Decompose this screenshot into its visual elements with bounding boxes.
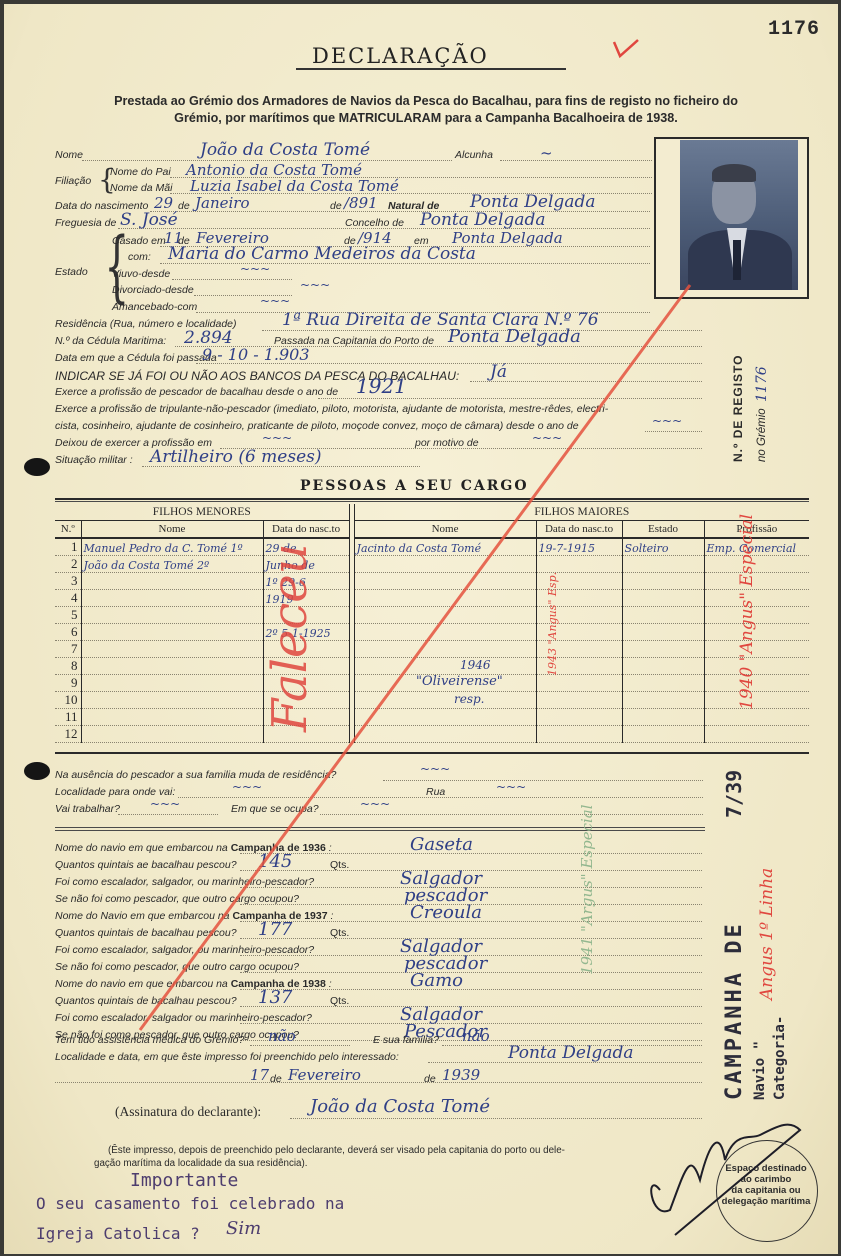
campanha-navio-value: Creoula <box>410 902 482 923</box>
nascimento-ano: /891 <box>344 194 378 212</box>
campanha-quintais-value: 137 <box>258 987 292 1008</box>
campanha-quintais-label: Quantos quintais de bacalhau pescou? <box>55 995 237 1007</box>
instruction-note: (Êste impresso, depois de preenchido pel… <box>98 1144 658 1170</box>
alcunha-value: ~ <box>540 144 553 162</box>
table-row: 11 <box>55 709 809 726</box>
registo-label: N.º DE REGISTO <box>731 354 745 462</box>
data-mes: Fevereiro <box>288 1066 361 1084</box>
campanha-stamp: CAMPANHA DE <box>722 921 747 1100</box>
bancos-value: Já <box>490 362 507 382</box>
absence-q1-label: Na ausência do pescador a sua familia mu… <box>55 769 336 781</box>
pescador-desde-value: 1921 <box>356 374 407 398</box>
red-annotation-faleceu: Faleceu <box>262 543 318 732</box>
menores-header: FILHOS MENORES <box>55 504 349 521</box>
red-side-note: Angus 1º Linha <box>756 868 778 1000</box>
gremio-label: no Grémio <box>756 408 768 462</box>
divorciado-label: Divorciado-desde <box>112 284 194 296</box>
concelho-value: Ponta Delgada <box>420 210 545 230</box>
campanha-quintais-value: 145 <box>258 851 292 872</box>
red-check-icon <box>612 38 640 60</box>
casamento-question-2: Igreja Catolica ? <box>36 1224 200 1243</box>
stamp-fraction: 7/39 <box>722 770 746 818</box>
mae-value: Luzia Isabel da Costa Tomé <box>190 177 399 195</box>
familia-value: não <box>462 1027 490 1045</box>
campanha-quintais-label: Quantos quintais de bacalhau pescou? <box>55 927 237 939</box>
registo-value: 1176 <box>754 366 770 402</box>
ocupa-label: Em que se ocupa? <box>231 803 319 815</box>
filiacao-label: Filiação <box>55 175 91 187</box>
campanha-navio-value: Gaseta <box>410 834 473 855</box>
casamento-question-1: O seu casamento foi celebrado na <box>36 1194 344 1213</box>
alcunha-label: Alcunha <box>455 149 493 161</box>
campanha-quintais-value: 177 <box>258 919 292 940</box>
assistencia-label: Tem tido assistência médica do Grémio? <box>55 1034 244 1046</box>
table-row: 41919 <box>55 590 809 607</box>
concelho-label: Concelho de <box>345 217 404 229</box>
tripulante-label: Exerce a profissão de tripulante-não-pes… <box>55 403 608 415</box>
page-title: DECLARAÇÃO <box>312 44 489 68</box>
com-label: com: <box>128 251 151 263</box>
assinatura-value: João da Costa Tomé <box>310 1096 490 1117</box>
table-row: 7 <box>55 641 809 658</box>
capitania-value: Ponta Delgada <box>448 326 581 347</box>
motivo-label: por motivo de <box>415 437 479 449</box>
casamento-answer: Sim <box>226 1218 261 1239</box>
nome-label: Nome <box>55 149 83 161</box>
cargo-title: PESSOAS A SEU CARGO <box>300 478 529 494</box>
militar-label: Situação militar : <box>55 454 133 466</box>
red-annotation: 1943 "Angus" Esp. <box>546 572 559 676</box>
campanha-navio-value: Gamo <box>410 970 463 991</box>
nome-value: João da Costa Tomé <box>200 140 370 160</box>
cedula-data-label: Data em que a Cédula foi passada <box>55 352 217 364</box>
categoria-stamp-label: Categoria- <box>772 1016 788 1100</box>
natural-value: Ponta Delgada <box>470 192 595 212</box>
local-data-label: Localidade e data, em que êste impresso … <box>55 1051 399 1063</box>
militar-value: Artilheiro (6 meses) <box>150 447 322 467</box>
assistencia-value: não <box>268 1027 296 1045</box>
local-value: Ponta Delgada <box>508 1043 633 1063</box>
official-signature <box>640 1110 820 1250</box>
estado-label: Estado <box>55 266 88 278</box>
red-annotation: 1940 "Angus" Especial <box>736 514 758 710</box>
viuvo-label: Viuvo-desde <box>112 268 170 280</box>
assinatura-label: (Assinatura do declarante): <box>115 1104 261 1120</box>
table-row: 12 <box>55 726 809 743</box>
table-row: 5 <box>55 607 809 624</box>
data-dia: 17 <box>250 1066 269 1084</box>
data-ano: 1939 <box>442 1066 480 1084</box>
mae-label: Nome da Mãi <box>110 182 172 194</box>
title-underline <box>296 68 566 70</box>
table-row: 8 <box>55 658 809 675</box>
green-pencil-note: 1941 "Argus" Especial <box>578 804 596 975</box>
intro-text: Prestada ao Grémio dos Armadores de Navi… <box>52 93 800 127</box>
importante-stamp: Importante <box>130 1170 238 1191</box>
absence-q3-label: Vai trabalhar? <box>55 803 120 815</box>
table-row: 62º 5-1-1925 <box>55 624 809 641</box>
nascimento-mes: Janeiro <box>195 194 250 212</box>
casado-label: Casado em <box>112 235 166 247</box>
table-row: 10 <box>55 692 809 709</box>
register-number: 1176 <box>768 18 820 41</box>
familia-label: E sua familia? <box>373 1034 439 1046</box>
cedula-label: N.º da Cédula Maritima: <box>55 335 166 347</box>
punch-hole <box>24 762 50 780</box>
pai-label: Nome do Pai <box>110 166 171 178</box>
campanha-quintais-label: Quantos quintais ae bacalhau pescou? <box>55 859 237 871</box>
table-row: 1Manuel Pedro da C. Tomé 1º29 deJacinto … <box>55 538 809 556</box>
cedula-data-value: 9 - 10 - 1.903 <box>202 345 310 364</box>
amancebado-label: Amancebado-com <box>112 301 197 313</box>
pescador-desde-label: Exerce a profissão de pescador de bacalh… <box>55 386 338 398</box>
table-row: 31º 29-6 <box>55 573 809 590</box>
conjuge-value: Maria do Carmo Medeiros da Costa <box>168 244 476 264</box>
dependents-table: FILHOS MENORES FILHOS MAIORES N.º Nome D… <box>55 504 809 743</box>
table-row: 2João da Costa Tomé 2ºJunho de <box>55 556 809 573</box>
rua-label: Rua <box>426 786 445 798</box>
punch-hole <box>24 458 50 476</box>
navio-stamp-label: Navio " <box>752 1041 768 1100</box>
